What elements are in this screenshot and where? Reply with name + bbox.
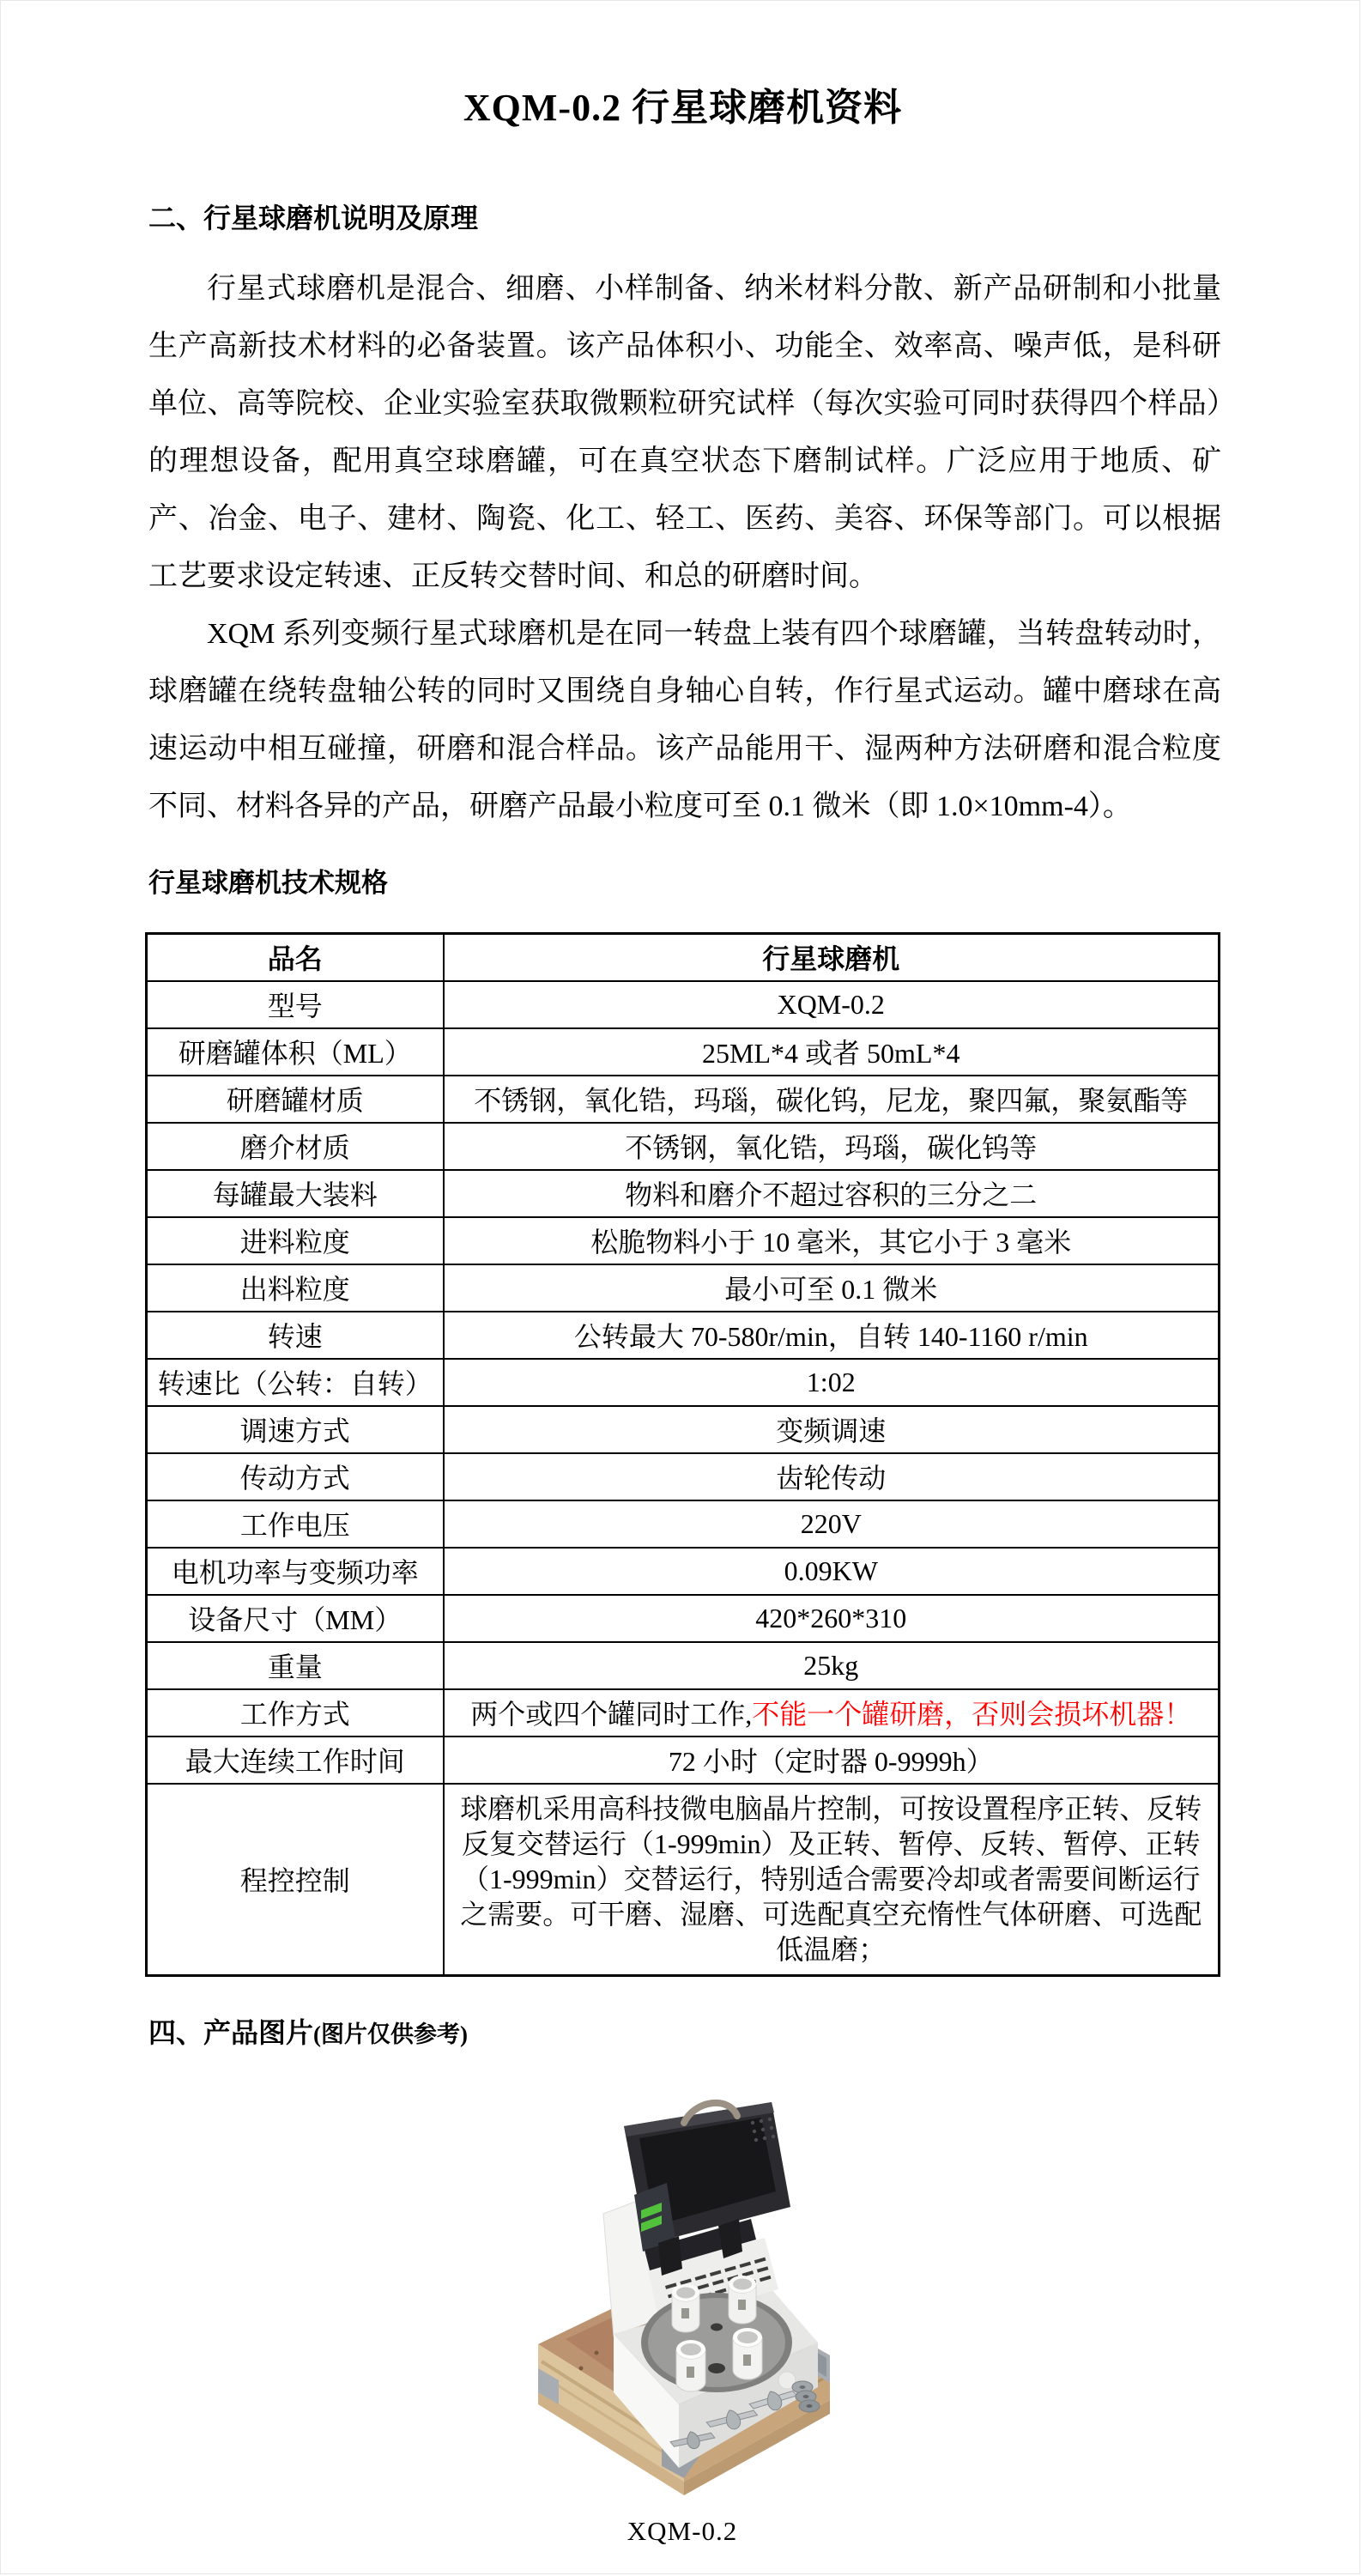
spec-value: 25kg bbox=[444, 1642, 1220, 1689]
document-page: XQM-0.2 行星球磨机资料 二、行星球磨机说明及原理 行星式球磨机是混合、细… bbox=[0, 0, 1360, 2574]
spec-value: 220V bbox=[444, 1500, 1220, 1548]
spec-label: 程控控制 bbox=[147, 1784, 444, 1976]
table-row: 重量25kg bbox=[147, 1642, 1220, 1689]
table-row: 品名行星球磨机 bbox=[147, 934, 1220, 981]
spec-label: 设备尺寸（MM） bbox=[147, 1595, 444, 1642]
table-row: 研磨罐体积（ML）25ML*4 或者 50mL*4 bbox=[147, 1028, 1220, 1076]
spec-value: 72 小时（定时器 0-9999h） bbox=[444, 1737, 1220, 1784]
table-row: 转速公转最大 70-580r/min，自转 140-1160 r/min bbox=[147, 1312, 1220, 1359]
table-row: 调速方式变频调速 bbox=[147, 1406, 1220, 1453]
spec-value: 物料和磨介不超过容积的三分之二 bbox=[444, 1170, 1220, 1217]
table-row: 进料粒度松脆物料小于 10 毫米，其它小于 3 毫米 bbox=[147, 1217, 1220, 1264]
intro-paragraph-1: 行星式球磨机是混合、细磨、小样制备、纳米材料分散、新产品研制和小批量生产高新技术… bbox=[148, 260, 1221, 605]
spec-value: 变频调速 bbox=[444, 1406, 1220, 1453]
spec-value: 松脆物料小于 10 毫米，其它小于 3 毫米 bbox=[444, 1217, 1220, 1264]
section-heading-principle: 二、行星球磨机说明及原理 bbox=[148, 197, 478, 236]
spec-label: 传动方式 bbox=[147, 1453, 444, 1500]
table-row: 电机功率与变频功率0.09KW bbox=[147, 1548, 1220, 1595]
product-figure: XQM-0.2 bbox=[514, 2085, 850, 2547]
spec-label: 研磨罐体积（ML） bbox=[147, 1028, 444, 1076]
spec-table-body: 品名行星球磨机型号XQM-0.2研磨罐体积（ML）25ML*4 或者 50mL*… bbox=[147, 934, 1220, 1976]
spec-value: 公转最大 70-580r/min，自转 140-1160 r/min bbox=[444, 1312, 1220, 1359]
spec-label: 电机功率与变频功率 bbox=[147, 1548, 444, 1595]
spec-value: 齿轮传动 bbox=[444, 1453, 1220, 1500]
spec-value: 球磨机采用高科技微电脑晶片控制，可按设置程序正转、反转反复交替运行（1-999m… bbox=[444, 1784, 1220, 1976]
spec-label: 每罐最大装料 bbox=[147, 1170, 444, 1217]
table-row: 传动方式齿轮传动 bbox=[147, 1453, 1220, 1500]
table-row: 工作方式两个或四个罐同时工作,不能一个罐研磨，否则会损坏机器！ bbox=[147, 1689, 1220, 1737]
table-row: 型号XQM-0.2 bbox=[147, 981, 1220, 1028]
table-row: 工作电压220V bbox=[147, 1500, 1220, 1548]
table-row: 磨介材质不锈钢，氧化锆，玛瑙，碳化钨等 bbox=[147, 1123, 1220, 1170]
spec-label: 进料粒度 bbox=[147, 1217, 444, 1264]
spec-label: 型号 bbox=[147, 981, 444, 1028]
spec-label: 出料粒度 bbox=[147, 1264, 444, 1312]
figure-caption: XQM-0.2 bbox=[514, 2516, 850, 2547]
table-row: 最大连续工作时间72 小时（定时器 0-9999h） bbox=[147, 1737, 1220, 1784]
intro-paragraph-2: XQM 系列变频行星式球磨机是在同一转盘上装有四个球磨罐，当转盘转动时，球磨罐在… bbox=[148, 605, 1221, 835]
spec-value: 420*260*310 bbox=[444, 1595, 1220, 1642]
spec-label: 品名 bbox=[147, 934, 444, 981]
product-photo bbox=[514, 2085, 850, 2511]
table-row: 每罐最大装料物料和磨介不超过容积的三分之二 bbox=[147, 1170, 1220, 1217]
spec-label: 重量 bbox=[147, 1642, 444, 1689]
spec-label: 调速方式 bbox=[147, 1406, 444, 1453]
table-row: 设备尺寸（MM）420*260*310 bbox=[147, 1595, 1220, 1642]
spec-value: 不锈钢，氧化锆，玛瑙，碳化钨等 bbox=[444, 1123, 1220, 1170]
section-heading-product-images: 四、产品图片(图片仅供参考) bbox=[148, 2011, 468, 2051]
spec-value: 0.09KW bbox=[444, 1548, 1220, 1595]
spec-label: 最大连续工作时间 bbox=[147, 1737, 444, 1784]
spec-table-title: 行星球磨机技术规格 bbox=[148, 861, 388, 900]
spec-label: 工作电压 bbox=[147, 1500, 444, 1548]
spec-label: 转速比（公转：自转） bbox=[147, 1359, 444, 1406]
spec-value: 25ML*4 或者 50mL*4 bbox=[444, 1028, 1220, 1076]
table-row: 研磨罐材质不锈钢，氧化锆，玛瑙，碳化钨，尼龙，聚四氟，聚氨酯等 bbox=[147, 1076, 1220, 1123]
spec-value: 两个或四个罐同时工作,不能一个罐研磨，否则会损坏机器！ bbox=[444, 1689, 1220, 1737]
spec-value: 1:02 bbox=[444, 1359, 1220, 1406]
spec-label: 转速 bbox=[147, 1312, 444, 1359]
spec-value: 不锈钢，氧化锆，玛瑙，碳化钨，尼龙，聚四氟，聚氨酯等 bbox=[444, 1076, 1220, 1123]
spec-label: 研磨罐材质 bbox=[147, 1076, 444, 1123]
spec-label: 磨介材质 bbox=[147, 1123, 444, 1170]
table-row: 出料粒度最小可至 0.1 微米 bbox=[147, 1264, 1220, 1312]
table-row: 转速比（公转：自转）1:02 bbox=[147, 1359, 1220, 1406]
intro-text: 行星式球磨机是混合、细磨、小样制备、纳米材料分散、新产品研制和小批量生产高新技术… bbox=[148, 260, 1221, 835]
section4-note-text: (图片仅供参考) bbox=[313, 2021, 468, 2047]
spec-value: 行星球磨机 bbox=[444, 934, 1220, 981]
spec-value: 最小可至 0.1 微米 bbox=[444, 1264, 1220, 1312]
section4-heading-text: 四、产品图片 bbox=[148, 2017, 313, 2048]
page-title: XQM-0.2 行星球磨机资料 bbox=[145, 76, 1220, 131]
table-row: 程控控制球磨机采用高科技微电脑晶片控制，可按设置程序正转、反转反复交替运行（1-… bbox=[147, 1784, 1220, 1976]
spec-value: XQM-0.2 bbox=[444, 981, 1220, 1028]
spec-value-warning: 不能一个罐研磨，否则会损坏机器！ bbox=[752, 1699, 1191, 1730]
spec-label: 工作方式 bbox=[147, 1689, 444, 1737]
spec-table: 品名行星球磨机型号XQM-0.2研磨罐体积（ML）25ML*4 或者 50mL*… bbox=[145, 932, 1220, 1977]
